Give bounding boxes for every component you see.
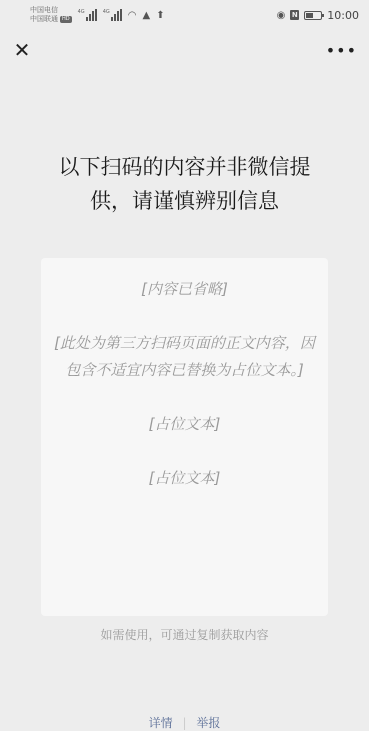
signal-1-icon: 4G (78, 9, 97, 21)
report-link[interactable]: 举报 (190, 716, 226, 728)
card-paragraph: [占位文本] (53, 411, 316, 438)
clock: 10:00 (327, 9, 359, 22)
notification-bell-icon: ▲ (142, 10, 150, 21)
details-link[interactable]: 详情 (143, 716, 179, 728)
scanned-content-card: [内容已省略] [此处为第三方扫码页面的正文内容，因包含不适宜内容已替换为占位文… (41, 258, 328, 616)
link-divider: | (182, 716, 186, 728)
status-bar: 中国电信 中国联通 HD 4G 4G ◠ ▲ ⬆ ◉ N 10:00 (0, 0, 369, 30)
upload-icon: ⬆ (156, 10, 164, 21)
bottom-links: 详情 | 举报 (0, 714, 369, 728)
nav-bar: ✕ ••• (0, 30, 369, 70)
carrier-info: 中国电信 中国联通 HD (30, 6, 72, 24)
nfc-icon: N (290, 10, 299, 20)
copy-hint: 如需使用，可通过复制获取内容 (0, 626, 369, 643)
status-left: 中国电信 中国联通 HD 4G 4G ◠ ▲ ⬆ (30, 6, 165, 24)
card-paragraph: [占位文本] (53, 465, 316, 492)
eye-icon: ◉ (277, 10, 286, 21)
carrier-2-label: 中国联通 (30, 15, 58, 24)
hd-badge: HD (60, 16, 72, 23)
card-title: [内容已省略] (53, 276, 316, 303)
more-options-icon[interactable]: ••• (326, 41, 357, 60)
battery-icon (304, 11, 322, 20)
status-right: ◉ N 10:00 (277, 9, 359, 22)
carrier-1-label: 中国电信 (30, 6, 72, 15)
signal-2-icon: 4G (103, 9, 122, 21)
warning-headline: 以下扫码的内容并非微信提供，请谨慎辨别信息 (0, 150, 369, 218)
wifi-icon: ◠ (128, 10, 137, 21)
close-icon[interactable]: ✕ (12, 40, 32, 60)
card-paragraph: [此处为第三方扫码页面的正文内容，因包含不适宜内容已替换为占位文本。] (53, 330, 316, 384)
